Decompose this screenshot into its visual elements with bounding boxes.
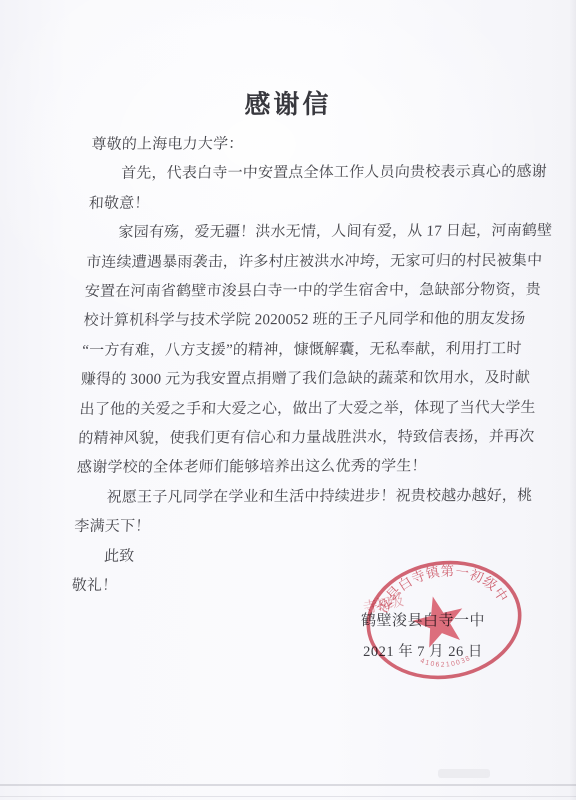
body-line: 安置在河南省鹤壁市浚县白寺一中的学生宿舍中，急缺部分物资，贵: [84, 276, 521, 307]
photo-smudge: [438, 769, 490, 778]
body-line: 祝愿王子凡同学在学业和生活中持续进步！祝贵校越办越好，桃: [75, 482, 512, 513]
body-line: “一方有难，八方支援”的精神，慷慨解囊，无私奉献，利用打工时: [82, 335, 519, 366]
seal-ghost-marks: 寺初级: [362, 592, 411, 645]
body-line: 市连续遭遇暴雨袭击，许多村庄被洪水冲垮，无家可归的村民被集中: [85, 247, 522, 278]
letter-body: 尊敬的上海电力大学： 首先，代表白寺一中安置点全体工作人员向贵校表示真心的感谢 …: [71, 129, 528, 601]
paper-bottom-edge: [0, 784, 576, 786]
body-line: 家园有殇，爱无疆！洪水无情，人间有爱，从 17 日起，河南鹤壁: [87, 217, 524, 248]
date: 2021 年 7 月 26 日: [361, 642, 485, 662]
salutation: 尊敬的上海电力大学：: [91, 129, 528, 160]
closing-jingli: 敬礼！: [71, 570, 508, 601]
body-line: 的精神风貌，使我们更有信心和力量战胜洪水，特致信表扬，并再次: [78, 423, 515, 454]
closing-cizhi: 此致: [72, 541, 509, 572]
body-line: 感谢学校的全体老师们能够培养出这么优秀的学生！: [76, 453, 513, 484]
body-line: 校计算机科学与技术学院 2020052 班的王子凡同学和他的朋友发扬: [83, 306, 520, 337]
body-line: 赚得的 3000 元为我安置点捐赠了我们急缺的蔬菜和饮用水，及时献: [80, 364, 517, 395]
letter-title: 感谢信: [0, 82, 576, 122]
paper-right-shadow: [569, 0, 576, 800]
body-line: 首先，代表白寺一中安置点全体工作人员向贵校表示真心的感谢: [89, 159, 526, 190]
body-line: 李满天下！: [74, 511, 511, 542]
body-line: 出了他的关爱之手和大爱之心，做出了大爱之举，体现了当代大学生: [79, 394, 516, 425]
letter-page: 感谢信 尊敬的上海电力大学： 首先，代表白寺一中安置点全体工作人员向贵校表示真心…: [0, 0, 576, 800]
paper-bottom-edge-2: [0, 796, 576, 797]
body-line: 和敬意！: [88, 188, 525, 219]
